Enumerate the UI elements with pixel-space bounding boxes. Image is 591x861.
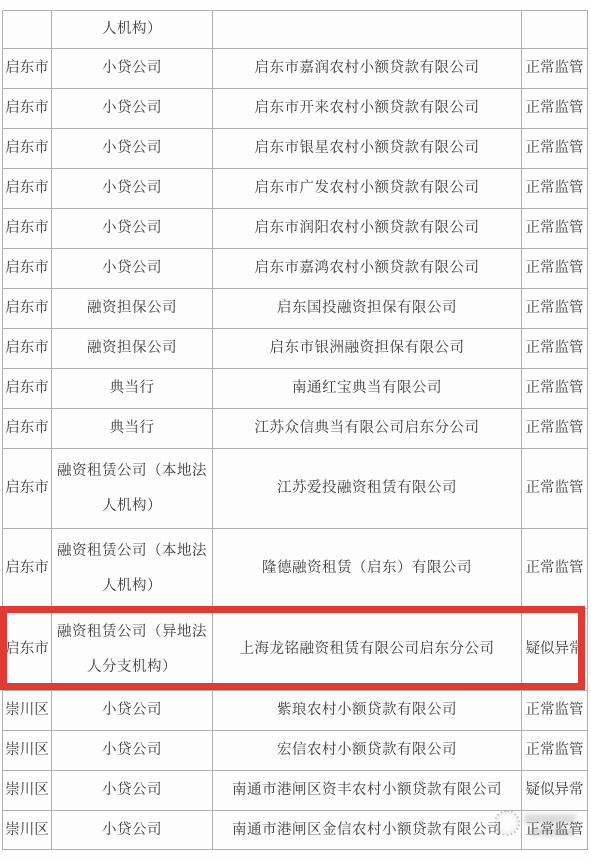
- cell-status: 正常监管: [522, 289, 587, 328]
- cell-city: 崇川区: [3, 771, 52, 810]
- cell-type: 小贷公司: [52, 169, 213, 208]
- cell-status: 正常监管: [522, 731, 587, 770]
- cell-type: 融资租赁公司（异地法 人分支机构）: [52, 609, 213, 690]
- cell-status: 正常监管: [522, 249, 587, 288]
- table-row: 启东市融资担保公司启东国投融资担保有限公司正常监管: [3, 289, 587, 329]
- cell-company: 启东市广发农村小额贷款有限公司: [213, 169, 522, 208]
- cell-status: 正常监管: [522, 529, 587, 608]
- cell-type: 典当行: [52, 369, 213, 408]
- cell-company: 启东国投融资担保有限公司: [213, 289, 522, 328]
- cell-status: 正常监管: [522, 329, 587, 368]
- table-row: 启东市典当行南通红宝典当有限公司正常监管: [3, 369, 587, 409]
- cell-type: 小贷公司: [52, 49, 213, 88]
- table-row: 启东市融资租赁公司（本地法 人机构）江苏爱投融资租赁有限公司正常监管: [3, 449, 587, 529]
- cell-company: 启东市银星农村小额贷款有限公司: [213, 129, 522, 168]
- cell-status: 正常监管: [522, 691, 587, 730]
- cell-company: 启东市嘉鸿农村小额贷款有限公司: [213, 249, 522, 288]
- cell-status: 正常监管: [522, 811, 587, 849]
- cell-type: 小贷公司: [52, 771, 213, 810]
- cell-type: 小贷公司: [52, 89, 213, 128]
- cell-city: [3, 11, 52, 48]
- table-row: 崇川区小贷公司南通市港闸区资丰农村小额贷款有限公司疑似异常: [3, 771, 587, 811]
- cell-city: 启东市: [3, 169, 52, 208]
- table-row: 启东市典当行江苏众信典当有限公司启东分公司正常监管: [3, 409, 587, 449]
- table-row: 启东市融资担保公司启东市银洲融资担保有限公司正常监管: [3, 329, 587, 369]
- cell-company: 启东市润阳农村小额贷款有限公司: [213, 209, 522, 248]
- cell-company: 上海龙铭融资租赁有限公司启东分公司: [213, 609, 522, 690]
- cell-company: 紫琅农村小额贷款有限公司: [213, 691, 522, 730]
- cell-type: 小贷公司: [52, 811, 213, 849]
- cell-company: 江苏众信典当有限公司启东分公司: [213, 409, 522, 448]
- cell-status: 疑似异常: [522, 771, 587, 810]
- cell-status: [522, 11, 587, 48]
- cell-status: 正常监管: [522, 209, 587, 248]
- cell-type: 小贷公司: [52, 129, 213, 168]
- cell-status: 正常监管: [522, 49, 587, 88]
- table-row-partial: 人机构）: [3, 11, 587, 49]
- cell-city: 启东市: [3, 49, 52, 88]
- cell-type: 小贷公司: [52, 209, 213, 248]
- cell-city: 启东市: [3, 209, 52, 248]
- table-row: 启东市小贷公司启东市开来农村小额贷款有限公司正常监管: [3, 89, 587, 129]
- cell-type: 小贷公司: [52, 249, 213, 288]
- table-row: 启东市小贷公司启东市嘉鸿农村小额贷款有限公司正常监管: [3, 249, 587, 289]
- table-row: 崇川区小贷公司宏信农村小额贷款有限公司正常监管: [3, 731, 587, 771]
- cell-city: 启东市: [3, 529, 52, 608]
- cell-city: 启东市: [3, 369, 52, 408]
- table-row: 启东市融资租赁公司（本地法 人机构）隆德融资租赁（启东）有限公司正常监管: [3, 529, 587, 609]
- cell-type: 小贷公司: [52, 691, 213, 730]
- table-row: 崇川区小贷公司南通市港闸区金信农村小额贷款有限公司正常监管: [3, 811, 587, 850]
- cell-city: 启东市: [3, 249, 52, 288]
- cell-city: 崇川区: [3, 811, 52, 849]
- cell-type: 融资租赁公司（本地法 人机构）: [52, 449, 213, 528]
- cell-type: 典当行: [52, 409, 213, 448]
- cell-status: 正常监管: [522, 409, 587, 448]
- cell-city: 启东市: [3, 89, 52, 128]
- cell-status: 正常监管: [522, 369, 587, 408]
- cell-company: 启东市银洲融资担保有限公司: [213, 329, 522, 368]
- cell-city: 启东市: [3, 449, 52, 528]
- cell-company: 宏信农村小额贷款有限公司: [213, 731, 522, 770]
- cell-company: 江苏爱投融资租赁有限公司: [213, 449, 522, 528]
- cell-company: 南通红宝典当有限公司: [213, 369, 522, 408]
- cell-company: 南通市港闸区资丰农村小额贷款有限公司: [213, 771, 522, 810]
- cell-city: 崇川区: [3, 731, 52, 770]
- cell-company: 南通市港闸区金信农村小额贷款有限公司: [213, 811, 522, 849]
- cell-city: 崇川区: [3, 691, 52, 730]
- table-row: 启东市融资租赁公司（异地法 人分支机构）上海龙铭融资租赁有限公司启东分公司疑似异…: [3, 609, 587, 691]
- cell-status: 正常监管: [522, 89, 587, 128]
- table-row: 启东市小贷公司启东市嘉润农村小额贷款有限公司正常监管: [3, 49, 587, 89]
- cell-company: 启东市嘉润农村小额贷款有限公司: [213, 49, 522, 88]
- cell-company: 隆德融资租赁（启东）有限公司: [213, 529, 522, 608]
- table-row: 崇川区小贷公司紫琅农村小额贷款有限公司正常监管: [3, 691, 587, 731]
- cell-city: 启东市: [3, 129, 52, 168]
- regulation-table: 人机构） 启东市小贷公司启东市嘉润农村小额贷款有限公司正常监管启东市小贷公司启东…: [2, 10, 588, 850]
- table-row: 启东市小贷公司启东市润阳农村小额贷款有限公司正常监管: [3, 209, 587, 249]
- screenshot-root: 人机构） 启东市小贷公司启东市嘉润农村小额贷款有限公司正常监管启东市小贷公司启东…: [0, 0, 591, 861]
- cell-type: 融资担保公司: [52, 289, 213, 328]
- cell-company: [213, 11, 522, 48]
- table-row: 启东市小贷公司启东市广发农村小额贷款有限公司正常监管: [3, 169, 587, 209]
- cell-city: 启东市: [3, 609, 52, 690]
- table-row: 启东市小贷公司启东市银星农村小额贷款有限公司正常监管: [3, 129, 587, 169]
- cell-type: 小贷公司: [52, 731, 213, 770]
- cell-city: 启东市: [3, 409, 52, 448]
- cell-company: 启东市开来农村小额贷款有限公司: [213, 89, 522, 128]
- cell-status: 正常监管: [522, 169, 587, 208]
- cell-status: 正常监管: [522, 129, 587, 168]
- cell-status: 疑似异常: [522, 609, 587, 690]
- cell-type: 融资租赁公司（本地法 人机构）: [52, 529, 213, 608]
- cell-type: 人机构）: [52, 11, 213, 48]
- cell-city: 启东市: [3, 329, 52, 368]
- cell-city: 启东市: [3, 289, 52, 328]
- cell-status: 正常监管: [522, 449, 587, 528]
- cell-type: 融资担保公司: [52, 329, 213, 368]
